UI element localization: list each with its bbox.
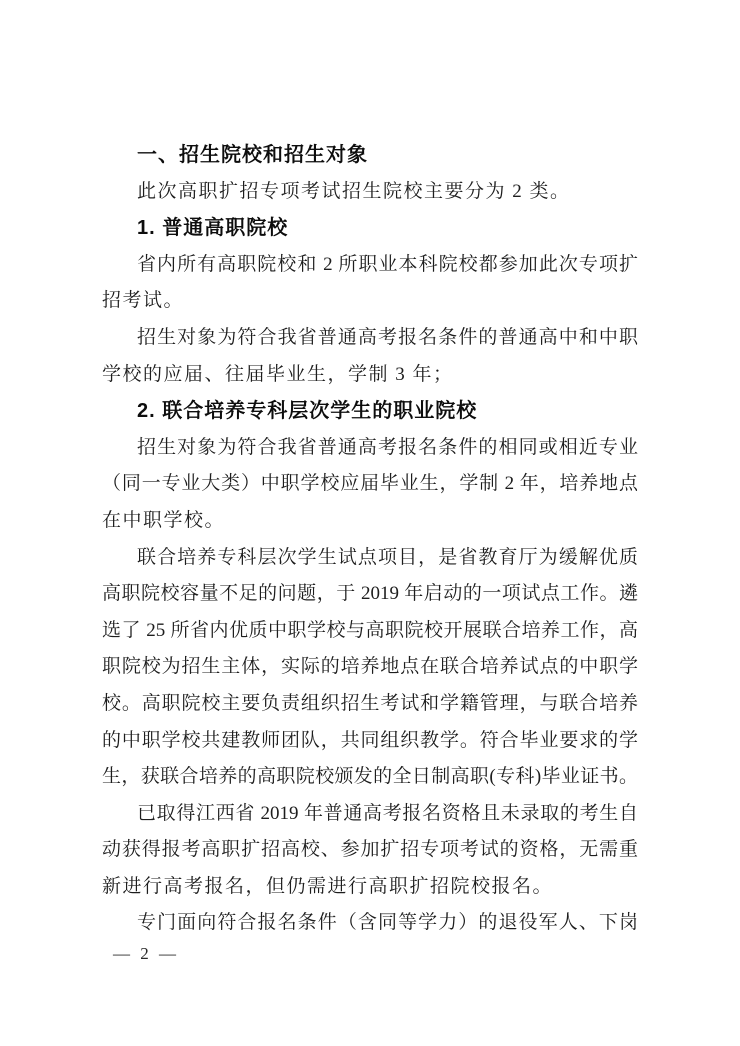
document-body: 一、招生院校和招生对象 此次高职扩招专项考试招生院校主要分为 2 类。 1. 普… — [102, 137, 638, 942]
paragraph-line: 动获得报考高职扩招高校、参加扩招专项考试的资格，无需重 — [102, 832, 638, 869]
paragraph-line: 在中职学校。 — [102, 503, 638, 540]
paragraph-line: 专门面向符合报名条件（含同等学力）的退役军人、下岗 — [102, 905, 638, 942]
paragraph-line: 已取得江西省 2019 年普通高考报名资格且未录取的考生自 — [102, 796, 638, 833]
subsection-heading-2: 2. 联合培养专科层次学生的职业院校 — [102, 393, 638, 430]
document-page: 一、招生院校和招生对象 此次高职扩招专项考试招生院校主要分为 2 类。 1. 普… — [0, 0, 740, 1046]
paragraph-line: 校。高职院校主要负责组织招生考试和学籍管理，与联合培养 — [102, 686, 638, 723]
section-heading-1: 一、招生院校和招生对象 — [102, 137, 638, 174]
paragraph-line: 的中职学校共建教师团队，共同组织教学。符合毕业要求的学 — [102, 723, 638, 760]
page-number: — 2 — — [113, 944, 179, 964]
paragraph-line: 此次高职扩招专项考试招生院校主要分为 2 类。 — [102, 174, 638, 211]
paragraph-line: 新进行高考报名，但仍需进行高职扩招院校报名。 — [102, 869, 638, 906]
paragraph-line: 招考试。 — [102, 283, 638, 320]
paragraph-line: 生，获联合培养的高职院校颁发的全日制高职(专科)毕业证书。 — [102, 759, 638, 796]
paragraph-line: 省内所有高职院校和 2 所职业本科院校都参加此次专项扩 — [102, 247, 638, 284]
paragraph-line: 选了 25 所省内优质中职学校与高职院校开展联合培养工作，高 — [102, 613, 638, 650]
paragraph-line: 学校的应届、往届毕业生，学制 3 年； — [102, 357, 638, 394]
paragraph-line: 联合培养专科层次学生试点项目，是省教育厅为缓解优质 — [102, 540, 638, 577]
paragraph-line: 招生对象为符合我省普通高考报名条件的普通高中和中职 — [102, 320, 638, 357]
paragraph-line: 招生对象为符合我省普通高考报名条件的相同或相近专业 — [102, 430, 638, 467]
paragraph-line: 职院校为招生主体，实际的培养地点在联合培养试点的中职学 — [102, 649, 638, 686]
paragraph-line: （同一专业大类）中职学校应届毕业生，学制 2 年，培养地点 — [102, 466, 638, 503]
subsection-heading-1: 1. 普通高职院校 — [102, 210, 638, 247]
paragraph-line: 高职院校容量不足的问题，于 2019 年启动的一项试点工作。遴 — [102, 576, 638, 613]
